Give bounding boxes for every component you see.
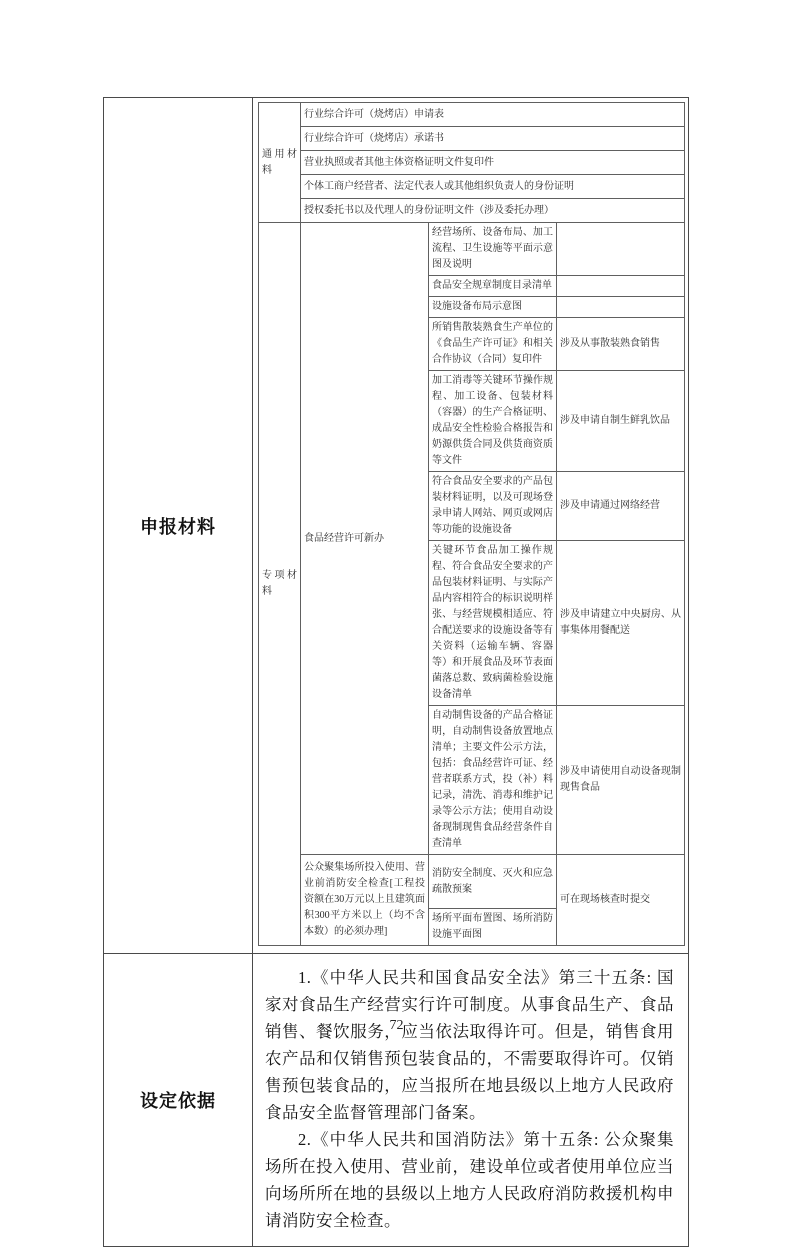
special-material-item: 消防安全制度、灭火和应急疏散预案 (429, 855, 557, 909)
material-note-shared: 可在现场核查时提交 (557, 855, 685, 946)
table-row: 公众聚集场所投入使用、营业前消防安全检查[工程投资额在30万元以上且建筑面积30… (259, 855, 685, 909)
table-row: 专项材料 食品经营许可新办 经营场所、设备布局、加工流程、卫生设施等平面示意图及… (259, 223, 685, 276)
special-material-item: 关键环节食品加工操作规程、符合食品安全要求的产品包装材料证明、与实际产品内容相符… (429, 541, 557, 706)
special-material-item: 所销售散装熟食生产单位的《食品生产许可证》和相关合作协议（合同）复印件 (429, 318, 557, 371)
special-material-item: 自动制售设备的产品合格证明，自动制售设备放置地点清单；主要文件公示方法，包括：食… (429, 706, 557, 855)
material-note: 涉及申请建立中央厨房、从事集体用餐配送 (557, 541, 685, 706)
legal-basis-paragraph: 2.《中华人民共和国消防法》第十五条: 公众聚集场所在投入使用、营业前，建设单位… (265, 1126, 674, 1234)
general-materials-label: 通用材料 (259, 103, 301, 223)
material-note: 涉及从事散装熟食销售 (557, 318, 685, 371)
table-row: 营业执照或者其他主体资格证明文件复印件 (259, 151, 685, 175)
material-note: 涉及申请使用自动设备现制现售食品 (557, 706, 685, 855)
special-material-item: 设施设备布局示意图 (429, 297, 557, 318)
general-material-item: 授权委托书以及代理人的身份证明文件（涉及委托办理） (301, 199, 685, 223)
material-note-empty (557, 223, 685, 276)
group-label-fire-safety-check: 公众聚集场所投入使用、营业前消防安全检查[工程投资额在30万元以上且建筑面积30… (301, 855, 429, 946)
document-table: 申报材料 通用材料 行业综合许可（烧烤店）申请表 行业综合许可（烧烤店）承诺书 (103, 97, 689, 1247)
special-material-item: 加工消毒等关键环节操作规程、加工设备、包装材料（容器）的生产合格证明、成品安全性… (429, 371, 557, 472)
special-material-item: 经营场所、设备布局、加工流程、卫生设施等平面示意图及说明 (429, 223, 557, 276)
material-note-empty (557, 297, 685, 318)
general-material-item: 营业执照或者其他主体资格证明文件复印件 (301, 151, 685, 175)
legal-basis-row: 设定依据 1.《中华人民共和国食品安全法》第三十五条: 国家对食品生产经营实行许… (104, 954, 689, 1247)
declaration-materials-row: 申报材料 通用材料 行业综合许可（烧烤店）申请表 行业综合许可（烧烤店）承诺书 (104, 98, 689, 954)
special-material-item: 符合食品安全要求的产品包装材料证明，以及可现场登录申请人网站、网页或网店等功能的… (429, 472, 557, 541)
table-row: 行业综合许可（烧烤店）承诺书 (259, 127, 685, 151)
material-note: 涉及申请自制生鲜乳饮品 (557, 371, 685, 472)
general-material-item: 行业综合许可（烧烤店）申请表 (301, 103, 685, 127)
special-materials-label: 专项材料 (259, 223, 301, 946)
table-row: 个体工商户经营者、法定代表人或其他组织负责人的身份证明 (259, 175, 685, 199)
table-row: 授权委托书以及代理人的身份证明文件（涉及委托办理） (259, 199, 685, 223)
material-note: 涉及申请通过网络经营 (557, 472, 685, 541)
page-number: 72 (0, 1018, 793, 1034)
materials-table: 通用材料 行业综合许可（烧烤店）申请表 行业综合许可（烧烤店）承诺书 营业执照或… (258, 102, 685, 946)
legal-basis-content: 1.《中华人民共和国食品安全法》第三十五条: 国家对食品生产经营实行许可制度。从… (253, 954, 689, 1247)
declaration-materials-header: 申报材料 (104, 98, 253, 954)
table-row: 通用材料 行业综合许可（烧烤店）申请表 (259, 103, 685, 127)
group-label-new-food-license: 食品经营许可新办 (301, 223, 429, 855)
general-material-item: 行业综合许可（烧烤店）承诺书 (301, 127, 685, 151)
special-material-item: 食品安全规章制度目录清单 (429, 276, 557, 297)
legal-basis-paragraph: 1.《中华人民共和国食品安全法》第三十五条: 国家对食品生产经营实行许可制度。从… (265, 964, 674, 1126)
special-material-item: 场所平面布置图、场所消防设施平面图 (429, 909, 557, 946)
legal-basis-header: 设定依据 (104, 954, 253, 1247)
material-note-empty (557, 276, 685, 297)
declaration-materials-content: 通用材料 行业综合许可（烧烤店）申请表 行业综合许可（烧烤店）承诺书 营业执照或… (253, 98, 689, 954)
general-material-item: 个体工商户经营者、法定代表人或其他组织负责人的身份证明 (301, 175, 685, 199)
